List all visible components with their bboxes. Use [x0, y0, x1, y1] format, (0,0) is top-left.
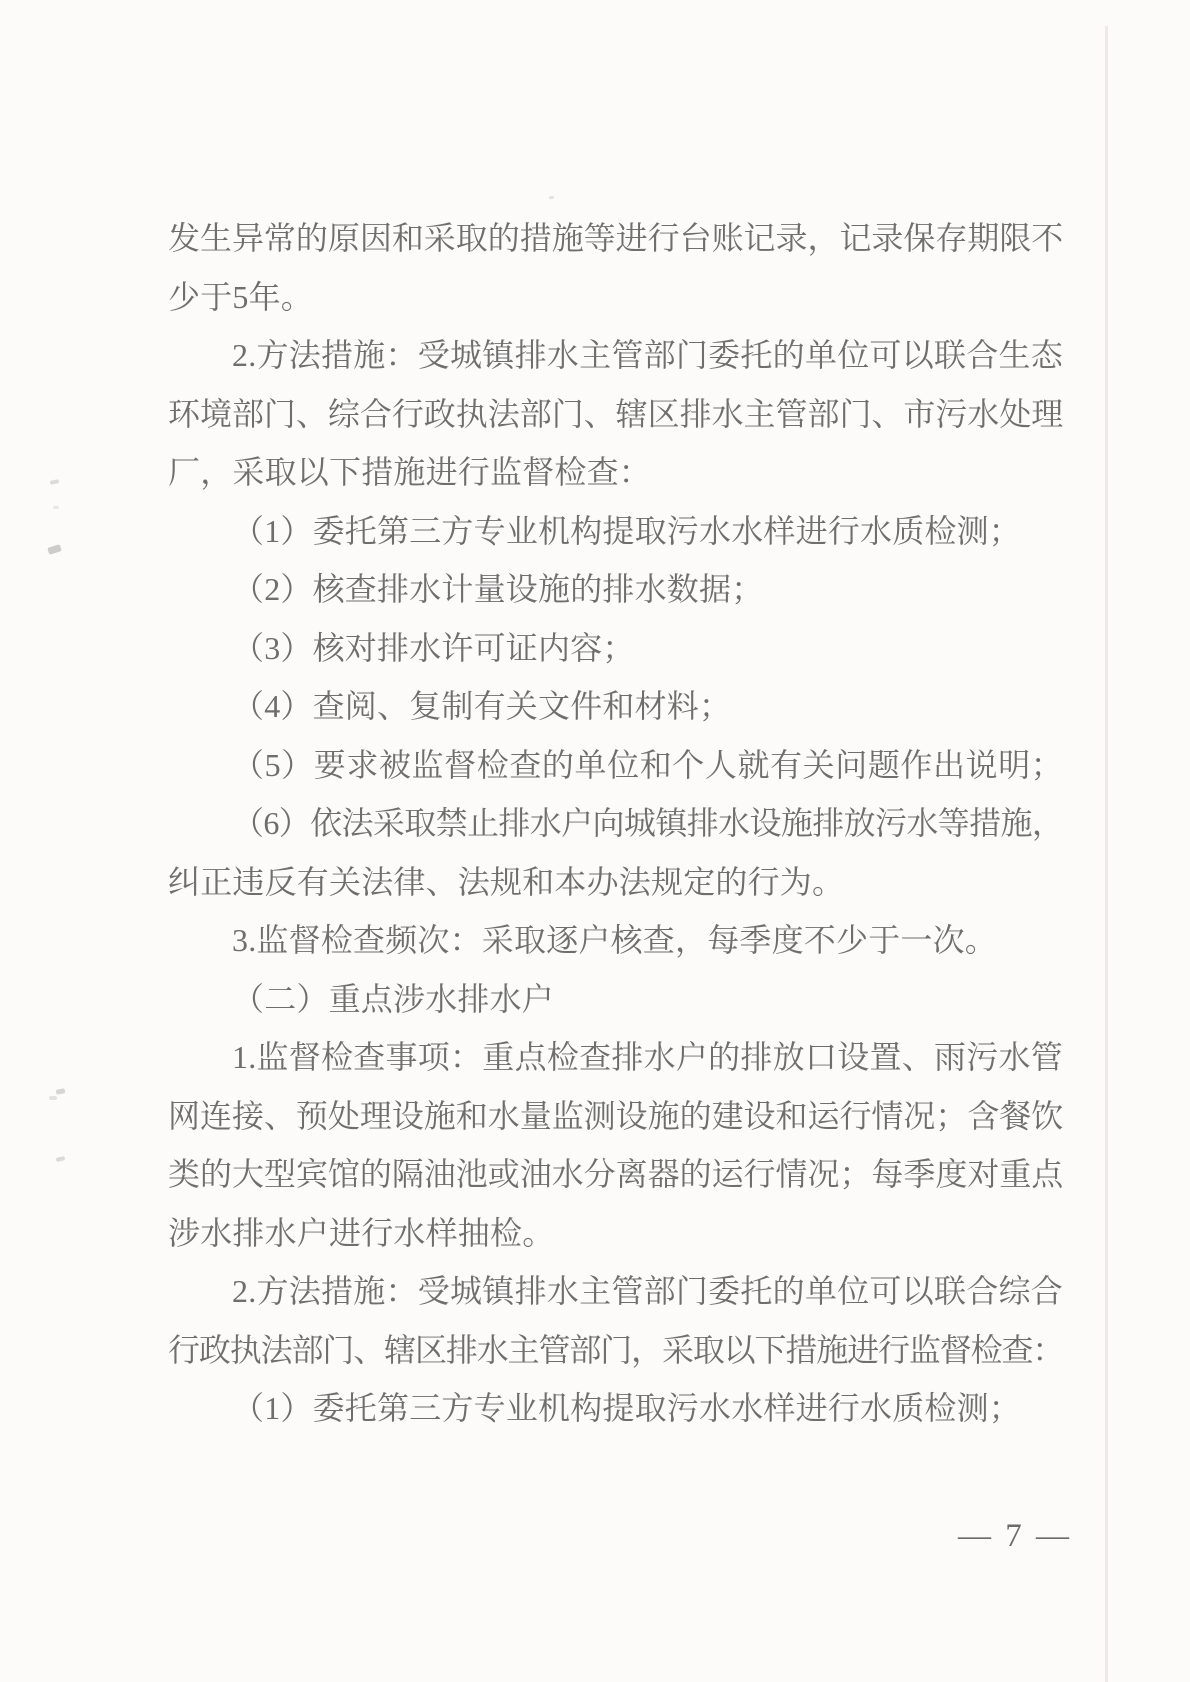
text-line: 类的大型宾馆的隔油池或油水分离器的运行情况；每季度对重点: [168, 1145, 1063, 1204]
page-number: — 7 —: [958, 1512, 1072, 1560]
text-line: 环境部门、综合行政执法部门、辖区排水主管部门、市污水处理: [168, 385, 1063, 444]
scan-speck: [56, 1088, 66, 1094]
text-line: 少于5年。: [168, 268, 1063, 327]
text-line: （4）查阅、复制有关文件和材料；: [168, 677, 1063, 736]
scan-speck: [53, 506, 59, 509]
text-line: 行政执法部门、辖区排水主管部门，采取以下措施进行监督检查：: [168, 1321, 1063, 1380]
text-line: （6）依法采取禁止排水户向城镇排水设施排放污水等措施，: [168, 794, 1063, 853]
text-line: （5）要求被监督检查的单位和个人就有关问题作出说明；: [168, 736, 1063, 795]
text-line: 纠正违反有关法律、法规和本办法规定的行为。: [168, 853, 1063, 912]
text-line: （1）委托第三方专业机构提取污水水样进行水质检测；: [168, 1379, 1063, 1438]
scan-speck: [47, 544, 62, 555]
scan-fold-line: [1105, 26, 1108, 1682]
text-line: 2.方法措施：受城镇排水主管部门委托的单位可以联合生态: [168, 326, 1063, 385]
scan-speck: [49, 1096, 57, 1100]
scanned-document-page: 发生异常的原因和采取的措施等进行台账记录，记录保存期限不少于5年。2.方法措施：…: [0, 0, 1190, 1682]
text-line: 2.方法措施：受城镇排水主管部门委托的单位可以联合综合: [168, 1262, 1063, 1321]
text-line: 厂，采取以下措施进行监督检查：: [168, 443, 1063, 502]
text-line: （1）委托第三方专业机构提取污水水样进行水质检测；: [168, 502, 1063, 561]
text-line: （2）核查排水计量设施的排水数据；: [168, 560, 1063, 619]
scan-speck: [56, 1156, 66, 1162]
text-line: （3）核对排水许可证内容；: [168, 619, 1063, 678]
text-line: （二）重点涉水排水户: [168, 970, 1063, 1029]
scan-speck: [50, 479, 60, 485]
scan-speck: [549, 196, 554, 200]
text-line: 1.监督检查事项：重点检查排水户的排放口设置、雨污水管: [168, 1028, 1063, 1087]
text-line: 3.监督检查频次：采取逐户核查，每季度不少于一次。: [168, 911, 1063, 970]
document-body: 发生异常的原因和采取的措施等进行台账记录，记录保存期限不少于5年。2.方法措施：…: [168, 209, 1063, 1438]
text-line: 涉水排水户进行水样抽检。: [168, 1204, 1063, 1263]
text-line: 网连接、预处理设施和水量监测设施的建设和运行情况；含餐饮: [168, 1087, 1063, 1146]
text-line: 发生异常的原因和采取的措施等进行台账记录，记录保存期限不: [168, 209, 1063, 268]
